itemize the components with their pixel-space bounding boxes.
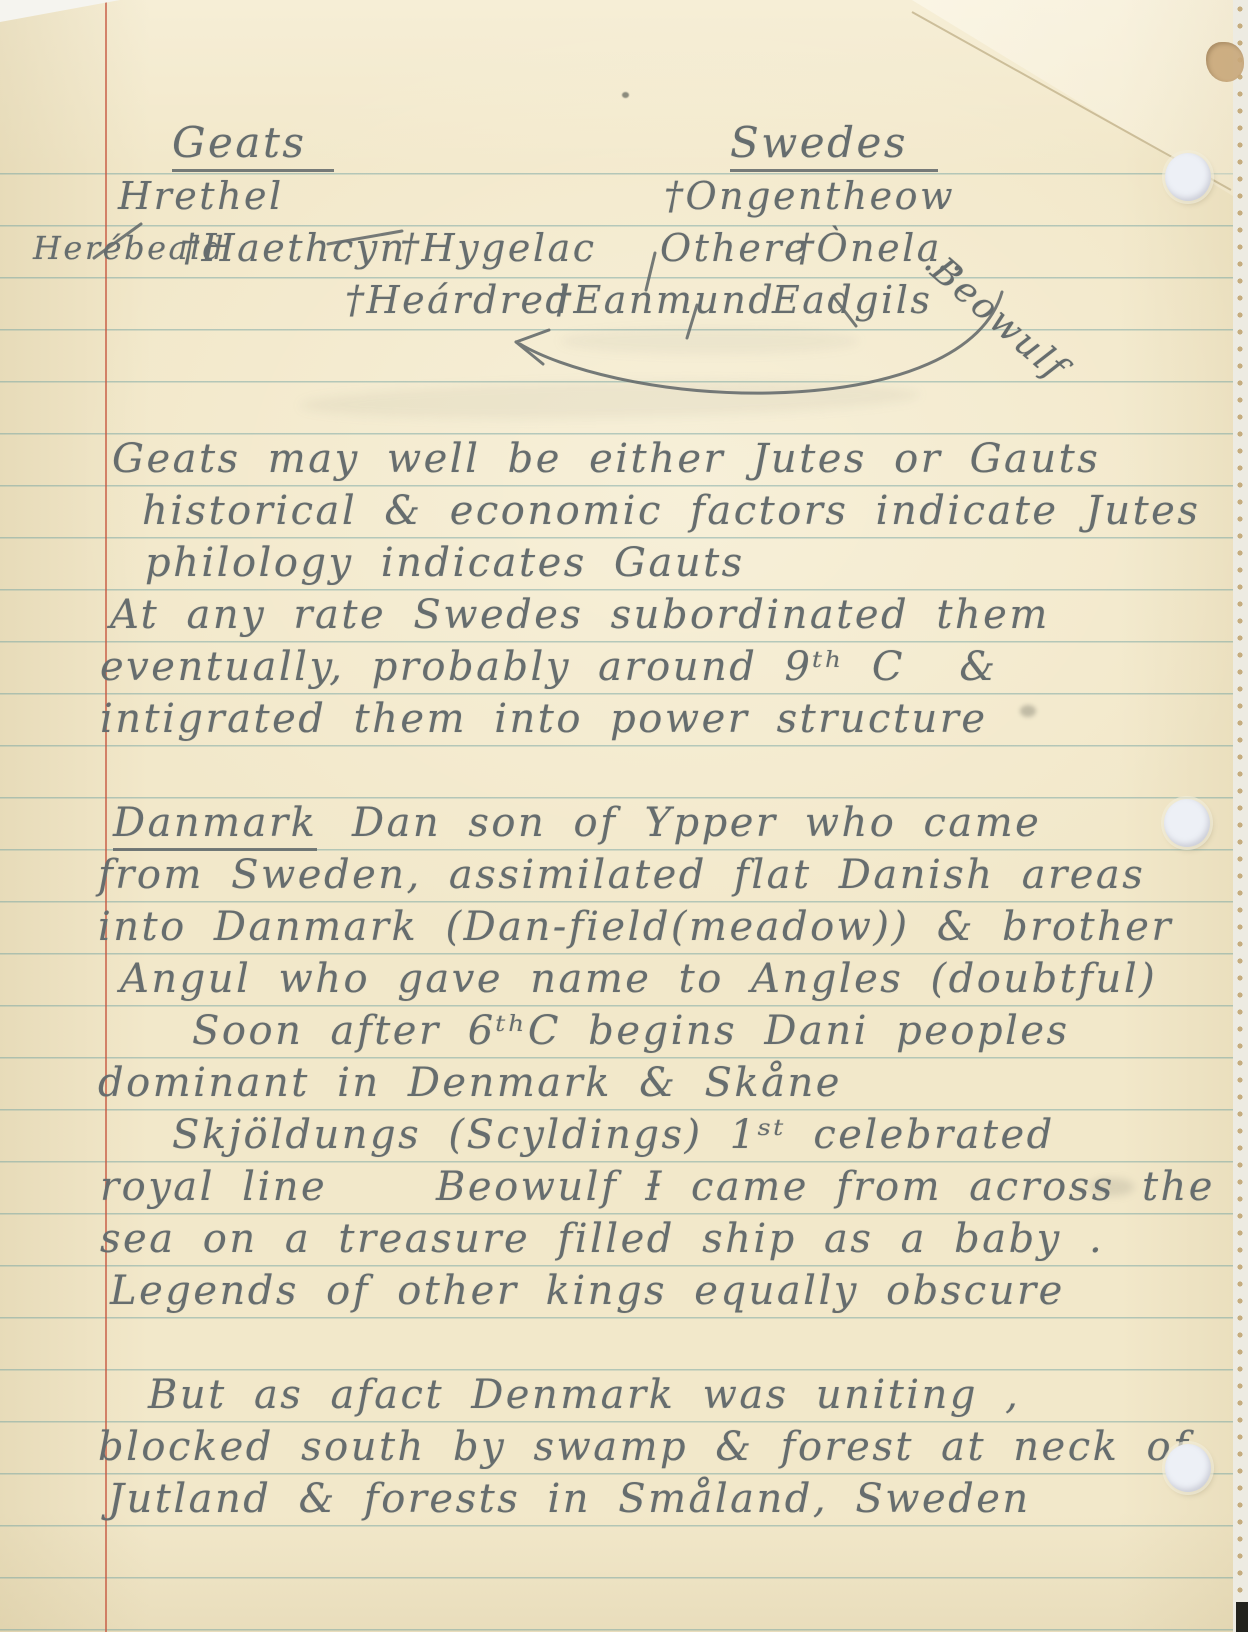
- name-haethcyn: †Haethcyn: [180, 229, 407, 267]
- note-line: Jutland & forests in Småland, Sweden: [108, 1479, 1031, 1519]
- torn-notch: [1206, 42, 1244, 82]
- danmark-heading: Danmark: [113, 803, 317, 851]
- paper-corner-sliver: [0, 0, 120, 22]
- note-line: Angul who gave name to Angles (doubtful): [120, 959, 1157, 999]
- punch-hole: [1165, 1444, 1211, 1492]
- note-line: Geats may well be either Jutes or Gauts: [112, 439, 1100, 479]
- note-line: sea on a treasure filled ship as a baby …: [100, 1219, 1104, 1259]
- scan-background-corner: [1236, 1602, 1248, 1632]
- punch-hole: [1164, 799, 1210, 847]
- note-line: blocked south by swamp & forest at neck …: [98, 1427, 1190, 1467]
- note-line: royal line Beowulf Ɨ came from across th…: [100, 1167, 1215, 1207]
- pencil-speck: [622, 92, 629, 98]
- note-line: historical & economic factors indicate J…: [142, 491, 1200, 531]
- note-line: Dan son of Ypper who came: [352, 803, 1041, 843]
- name-heardred: †Heárdred: [345, 281, 572, 319]
- perforation-dots: [1233, 0, 1248, 1632]
- name-othere: Othere: [660, 229, 809, 267]
- name-onela: †Ònela: [795, 229, 942, 267]
- note-line: Skjöldungs (Scyldings) 1ˢᵗ celebrated: [172, 1115, 1055, 1155]
- note-line: philology indicates Gauts: [145, 543, 745, 583]
- note-line: into Danmark (Dan-field(meadow)) & broth…: [98, 907, 1173, 947]
- note-line: intigrated them into power structure: [100, 699, 988, 739]
- note-line: But as afact Denmark was uniting ,: [148, 1375, 1020, 1415]
- name-hrethel: Hrethel: [118, 177, 284, 215]
- name-hygelac: †Hygelac: [400, 229, 597, 267]
- note-line: Soon after 6ᵗʰC begins Dani peoples: [192, 1011, 1070, 1051]
- note-line: At any rate Swedes subordinated them: [110, 595, 1050, 635]
- torn-edge-strip: [1233, 0, 1248, 1632]
- name-eanmund: †Eanmund: [552, 281, 775, 319]
- geats-heading: Geats: [172, 122, 334, 172]
- note-line: dominant in Denmark & Skåne: [98, 1063, 842, 1103]
- punch-hole: [1165, 153, 1211, 201]
- notebook-page: Geats Swedes Hrethel †Ongentheow Herébea…: [0, 0, 1248, 1632]
- swedes-heading: Swedes: [730, 122, 938, 172]
- note-line: Legends of other kings equally obscure: [110, 1271, 1065, 1311]
- name-eadgils: Eadgils: [772, 281, 932, 319]
- note-line: eventually, probably around 9ᵗʰ C &: [100, 647, 998, 687]
- note-line: from Sweden, assimilated flat Danish are…: [98, 855, 1145, 895]
- name-ongentheow: †Ongentheow: [664, 177, 955, 215]
